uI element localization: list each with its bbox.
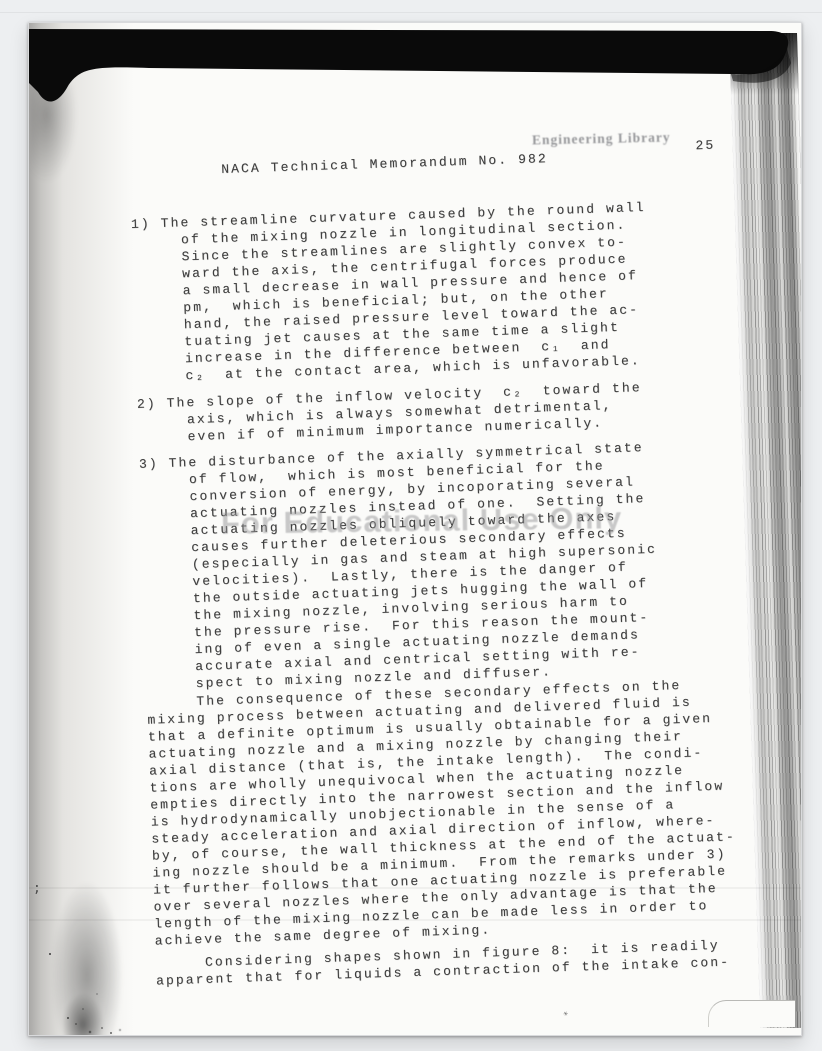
page-number: 25 xyxy=(695,137,715,155)
library-stamp: Engineering Library xyxy=(532,130,671,149)
scan-top-black-bar xyxy=(28,23,802,133)
numbered-item-3: 3) The disturbance of the axially symmet… xyxy=(139,435,787,694)
document-title: NACA Technical Memorandum No. 982 xyxy=(129,151,548,180)
page-bottom-corner xyxy=(708,1000,795,1027)
numbered-item-1: 1) The streamline curvature caused by th… xyxy=(131,195,776,386)
gutter-bottom-shadow xyxy=(35,813,165,1036)
stray-ink-mark: * xyxy=(560,1010,569,1021)
paragraph-1: The consequence of these secondary effec… xyxy=(147,673,795,949)
page-text: NACA Technical Memorandum No. 98225 1) T… xyxy=(129,143,796,990)
stray-ink-mark: ; xyxy=(33,881,41,896)
scan-speckles xyxy=(49,953,51,955)
watermark-text: For Educational Use Only xyxy=(221,500,623,542)
scanned-book-page-photo: ; * Engineering Library NACA Technical M… xyxy=(28,22,802,1036)
header-row: NACA Technical Memorandum No. 98225 xyxy=(129,143,769,181)
numbered-item-2: 2) The slope of the inflow velocity c₂ t… xyxy=(137,375,778,447)
